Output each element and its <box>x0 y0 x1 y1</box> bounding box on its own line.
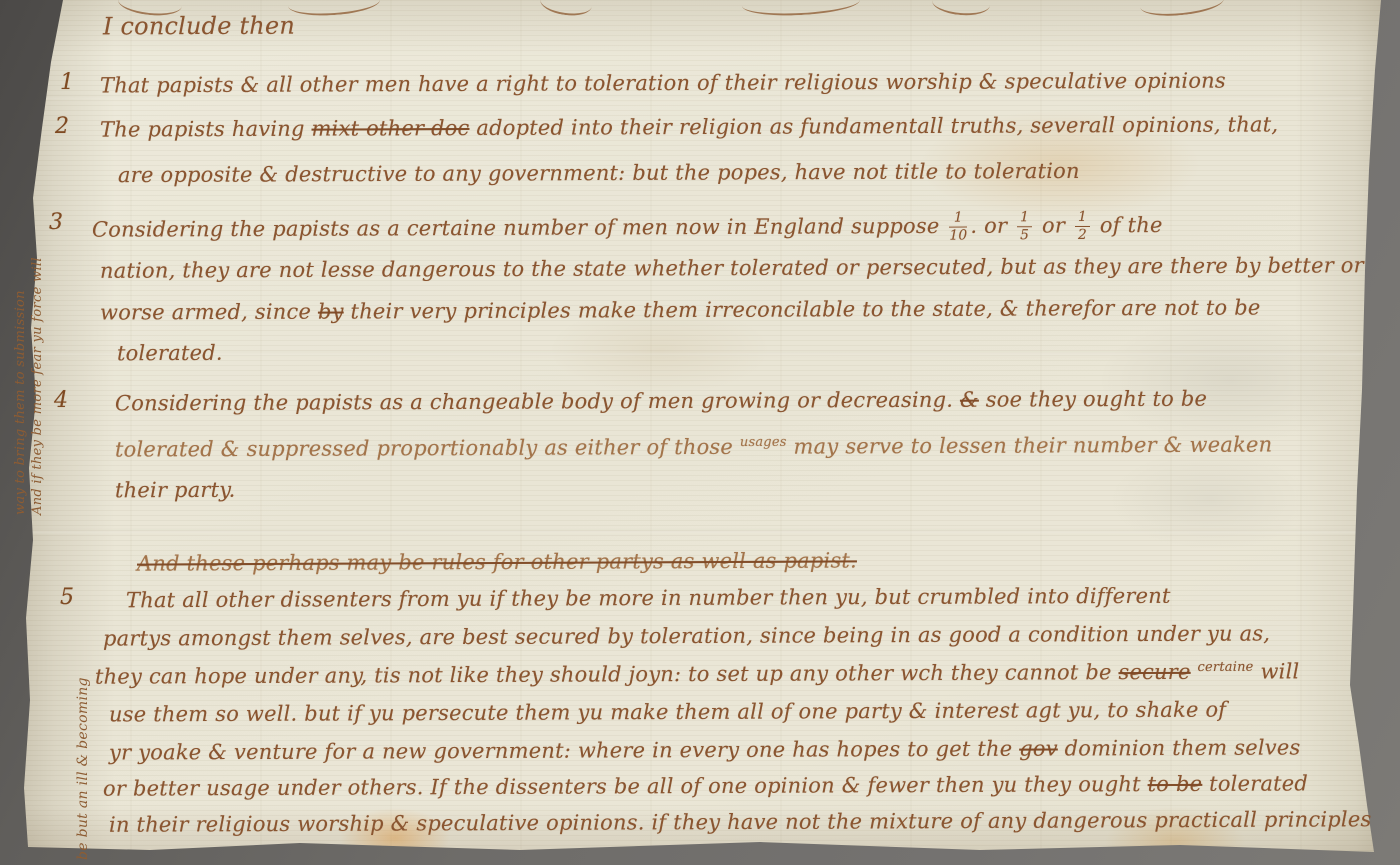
manuscript-line: their party. <box>115 479 236 502</box>
text-segment: Considering the papists as a changeable … <box>115 388 960 416</box>
cropped-line-stroke <box>931 0 991 17</box>
cropped-line-stroke <box>1139 0 1225 19</box>
fraction: 15 <box>1017 210 1032 242</box>
text-segment: dominion them selves <box>1058 735 1301 760</box>
manuscript-line: use them so well. but if yu persecute th… <box>109 699 1226 726</box>
fraction-denominator: 5 <box>1017 227 1032 243</box>
manuscript-line: tolerated. <box>117 342 223 365</box>
struck-text-segment: to be <box>1148 772 1203 796</box>
struck-text-segment: by <box>318 299 344 323</box>
text-segment: may serve to lessen their number & weake… <box>787 432 1273 458</box>
text-segment: their party. <box>115 478 236 503</box>
text-segment: or better usage under others. If the dis… <box>103 772 1148 801</box>
text-segment: will <box>1254 659 1300 683</box>
struck-text-segment: & <box>960 388 979 412</box>
text-segment: of the <box>1093 213 1163 237</box>
manuscript-line: in their religious worship & speculative… <box>109 808 1371 836</box>
text-segment: worse armed, since <box>100 300 318 325</box>
struck-text-segment: secure <box>1118 660 1190 684</box>
manuscript-line: And these perhaps may be rules for other… <box>137 549 857 574</box>
manuscript-line: are opposite & destructive to any govern… <box>118 160 1080 186</box>
fraction-numerator: 1 <box>1017 210 1032 227</box>
text-segment: Considering the papists as a certaine nu… <box>92 214 946 242</box>
text-segment: soe they ought to be <box>979 387 1207 412</box>
manuscript-line: That all other dissenters from yu if the… <box>126 585 1171 612</box>
manuscript-line: That papists & all other men have a righ… <box>100 70 1226 97</box>
fraction-numerator: 1 <box>949 211 967 228</box>
struck-text-segment: gov <box>1019 736 1058 760</box>
ink-layer: I conclude then1That papists & all other… <box>0 0 1400 865</box>
text-segment: That papists & all other men have a righ… <box>100 69 1226 98</box>
text-segment: That all other dissenters from yu if the… <box>126 584 1171 613</box>
struck-text-segment: And these perhaps may be rules for other… <box>137 548 857 575</box>
vertical-margin-note: be but an ill & becoming <box>76 677 90 860</box>
fraction: 110 <box>949 211 967 243</box>
text-segment: use them so well. but if yu persecute th… <box>109 698 1226 727</box>
text-segment: or <box>1035 213 1072 237</box>
manuscript-line: tolerated & suppressed proportionably as… <box>115 433 1272 460</box>
manuscript-line: The papists having mixt other doc adopte… <box>100 113 1278 140</box>
text-segment: partys amongst them selves, are best sec… <box>103 621 1270 650</box>
text-segment: in their religious worship & speculative… <box>109 807 1371 837</box>
text-segment: nation, they are not lesse dangerous to … <box>100 253 1364 283</box>
inserted-text-segment: usages <box>740 435 787 450</box>
item-number: 3 <box>49 212 63 234</box>
item-number: 1 <box>60 72 74 94</box>
text-segment: . or <box>970 214 1014 238</box>
text-segment: they can hope under any, tis not like th… <box>95 660 1119 688</box>
text-segment: yr yoake & venture for a new government:… <box>109 737 1019 765</box>
text-segment: tolerated & suppressed proportionably as… <box>115 435 740 462</box>
manuscript-heading: I conclude then <box>103 14 295 40</box>
photograph-of-manuscript: I conclude then1That papists & all other… <box>0 0 1400 865</box>
cropped-line-stroke <box>741 0 860 18</box>
cropped-line-stroke <box>287 0 380 18</box>
vertical-margin-note: And if they be more fear yu force will <box>31 257 44 515</box>
item-number: 4 <box>54 390 68 412</box>
manuscript-line: nation, they are not lesse dangerous to … <box>100 254 1364 282</box>
inserted-text-segment: certaine <box>1197 660 1253 675</box>
text-segment: their very principles make them irreconc… <box>344 295 1261 323</box>
manuscript-line: Considering the papists as a changeable … <box>115 388 1207 415</box>
vertical-margin-note: way to bring them to submission <box>14 290 27 515</box>
fraction-numerator: 1 <box>1075 210 1090 227</box>
manuscript-line: they can hope under any, tis not like th… <box>95 660 1299 687</box>
cropped-line-stroke <box>539 0 594 19</box>
manuscript-line: partys amongst them selves, are best sec… <box>103 622 1270 649</box>
manuscript-line: yr yoake & venture for a new government:… <box>109 736 1301 763</box>
text-segment: are opposite & destructive to any govern… <box>118 159 1080 187</box>
struck-text-segment: mixt other doc <box>311 116 469 141</box>
manuscript-line: Considering the papists as a certaine nu… <box>92 210 1163 247</box>
item-number: 2 <box>55 116 69 138</box>
fraction: 12 <box>1075 210 1090 242</box>
item-number: 5 <box>60 587 74 609</box>
manuscript-line: worse armed, since by their very princip… <box>100 296 1261 323</box>
text-segment: I conclude then <box>103 12 295 41</box>
manuscript-line: or better usage under others. If the dis… <box>103 772 1308 799</box>
fraction-denominator: 10 <box>949 227 967 243</box>
text-segment: tolerated <box>1202 771 1308 795</box>
text-segment: adopted into their religion as fundament… <box>469 112 1278 140</box>
text-segment: The papists having <box>100 117 312 142</box>
text-segment: tolerated. <box>117 341 223 365</box>
fraction-denominator: 2 <box>1075 227 1090 243</box>
